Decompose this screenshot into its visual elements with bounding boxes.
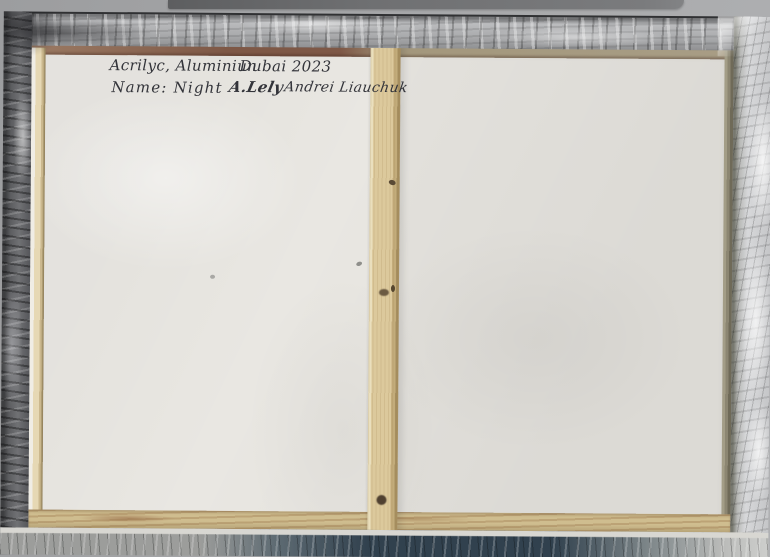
background-canvas-edge [168,0,684,9]
wood-knot [376,495,386,505]
wood-knot [379,289,389,296]
foil-frame-top [4,11,770,50]
artist-name: Andrei Liauchuk [283,79,409,96]
foil-corner-top-right [718,16,770,56]
inscription-medium: Acrilyc, Aluminiun [109,56,257,75]
canvas-back-frame: Acrilyc, Aluminiun Dubai 2023 Name: Nigh… [0,11,770,557]
wood-knot [391,285,395,292]
canvas-smudge [210,275,215,279]
inscription-place-year: Dubai 2023 [239,57,331,76]
foil-frame-bottom-with-navy-paint [0,527,768,557]
inscription-title: Name: Night [111,78,223,97]
artist-signature: A.Lely [227,78,285,96]
photo-wall-background: Acrilyc, Aluminiun Dubai 2023 Name: Nigh… [0,0,770,557]
foil-frame-right [730,16,770,557]
foil-frame-left [0,11,32,554]
foil-corner-top-left [4,11,64,57]
